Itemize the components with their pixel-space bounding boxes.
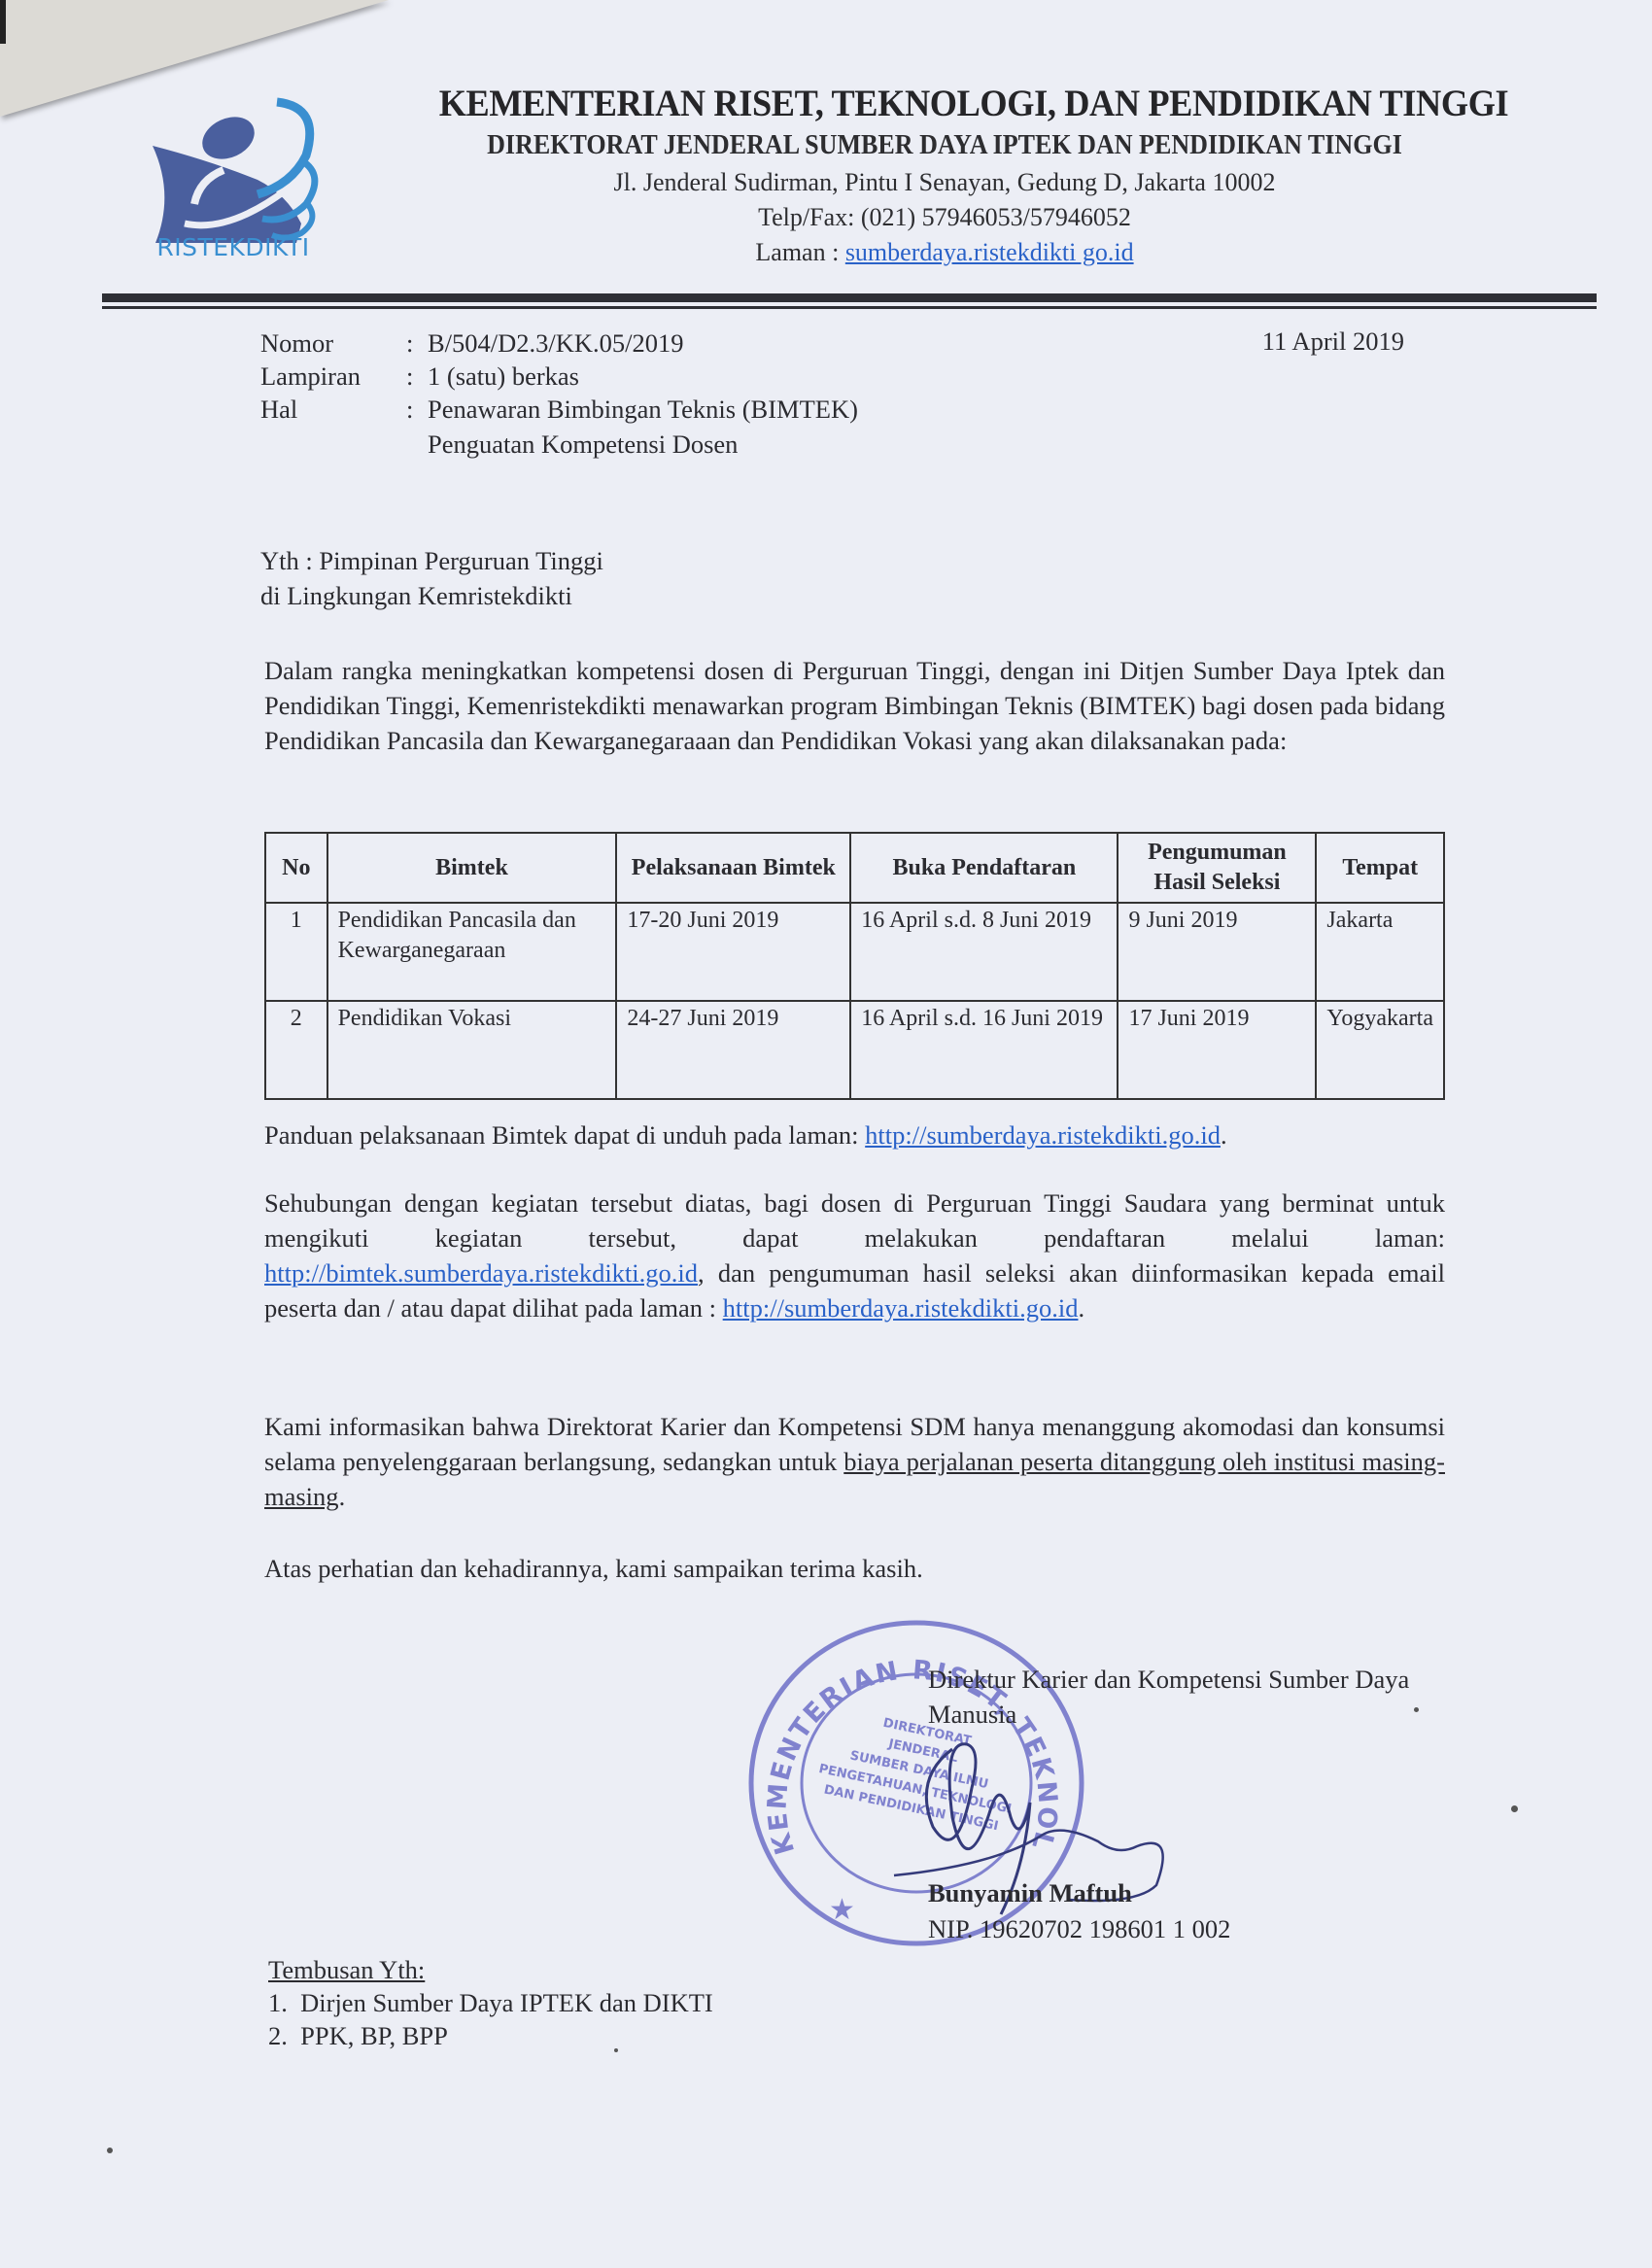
cell-pendaftaran: 16 April s.d. 16 Juni 2019 bbox=[850, 1001, 1118, 1099]
directorate-name: DIREKTORAT JENDERAL SUMBER DAYA IPTEK DA… bbox=[330, 126, 1560, 165]
nomor-label: Nomor bbox=[260, 326, 406, 360]
hal-row: Hal:Penawaran Bimbingan Teknis (BIMTEK) bbox=[260, 393, 858, 426]
registration-paragraph: Sehubungan dengan kegiatan tersebut diat… bbox=[264, 1186, 1445, 1325]
lampiran-row: Lampiran:1 (satu) berkas bbox=[260, 360, 579, 393]
cell-tempat: Yogyakarta bbox=[1316, 1001, 1444, 1099]
hal-value-line2: Penguatan Kompetensi Dosen bbox=[428, 428, 738, 461]
col-header-no: No bbox=[265, 833, 327, 903]
website-label: Laman : bbox=[755, 238, 844, 266]
carbon-copy-heading: Tembusan Yth: bbox=[268, 1953, 713, 1986]
cell-pelaksanaan: 24-27 Juni 2019 bbox=[616, 1001, 850, 1099]
lampiran-label: Lampiran bbox=[260, 360, 406, 393]
recipient-line2: di Lingkungan Kemristekdikti bbox=[260, 579, 572, 613]
table-row: 1 Pendidikan Pancasila dan Kewarganegara… bbox=[265, 903, 1444, 1001]
cell-pendaftaran: 16 April s.d. 8 Juni 2019 bbox=[850, 903, 1118, 1001]
col-header-pendaftaran: Buka Pendaftaran bbox=[850, 833, 1118, 903]
hal-label: Hal bbox=[260, 393, 406, 426]
cell-pengumuman: 17 Juni 2019 bbox=[1118, 1001, 1316, 1099]
lampiran-value: 1 (satu) berkas bbox=[428, 361, 579, 391]
registration-link[interactable]: http://bimtek.sumberdaya.ristekdikti.go.… bbox=[264, 1258, 698, 1288]
cell-pelaksanaan: 17-20 Juni 2019 bbox=[616, 903, 850, 1001]
announcement-link[interactable]: http://sumberdaya.ristekdikti.go.id bbox=[723, 1293, 1079, 1323]
nomor-row: Nomor:B/504/D2.3/KK.05/2019 bbox=[260, 326, 684, 360]
list-item: 2. PPK, BP, BPP bbox=[268, 2019, 713, 2052]
website-line: Laman : sumberdaya.ristekdikti go.id bbox=[284, 235, 1605, 270]
intro-paragraph: Dalam rangka meningkatkan kompetensi dos… bbox=[264, 653, 1445, 758]
scan-edge bbox=[0, 0, 6, 44]
phone-fax: Telp/Fax: (021) 57946053/57946052 bbox=[284, 200, 1605, 235]
letterhead-rule-thick bbox=[102, 293, 1597, 302]
letter-date: 11 April 2019 bbox=[1262, 326, 1404, 357]
panduan-link[interactable]: http://sumberdaya.ristekdikti.go.id bbox=[865, 1120, 1221, 1150]
carbon-copy-section: Tembusan Yth: 1. Dirjen Sumber Daya IPTE… bbox=[268, 1953, 713, 2052]
cell-bimtek: Pendidikan Vokasi bbox=[327, 1001, 617, 1099]
closing-sentence: Atas perhatian dan kehadirannya, kami sa… bbox=[264, 1552, 923, 1586]
cell-tempat: Jakarta bbox=[1316, 903, 1444, 1001]
cell-no: 1 bbox=[265, 903, 327, 1001]
nomor-value: B/504/D2.3/KK.05/2019 bbox=[428, 328, 684, 358]
cell-no: 2 bbox=[265, 1001, 327, 1099]
table-row: 2 Pendidikan Vokasi 24-27 Juni 2019 16 A… bbox=[265, 1001, 1444, 1099]
panduan-paragraph: Panduan pelaksanaan Bimtek dapat di undu… bbox=[264, 1117, 1445, 1152]
col-header-pelaksanaan: Pelaksanaan Bimtek bbox=[616, 833, 850, 903]
recipient-line1: Yth : Pimpinan Perguruan Tinggi bbox=[260, 544, 603, 578]
letterhead: KEMENTERIAN RISET, TEKNOLOGI, DAN PENDID… bbox=[342, 82, 1605, 270]
hal-value-line1: Penawaran Bimbingan Teknis (BIMTEK) bbox=[428, 395, 858, 424]
signatory-name: Bunyamin Maftuh bbox=[928, 1878, 1132, 1908]
letterhead-rule-thin bbox=[102, 306, 1597, 309]
list-item: 1. Dirjen Sumber Daya IPTEK dan DIKTI bbox=[268, 1986, 713, 2019]
ministry-name: KEMENTERIAN RISET, TEKNOLOGI, DAN PENDID… bbox=[387, 82, 1562, 126]
signatory-nip: NIP. 19620702 198601 1 002 bbox=[928, 1914, 1230, 1944]
col-header-bimtek: Bimtek bbox=[327, 833, 617, 903]
cell-pengumuman: 9 Juni 2019 bbox=[1118, 903, 1316, 1001]
table-header-row: No Bimtek Pelaksanaan Bimtek Buka Pendaf… bbox=[265, 833, 1444, 903]
carbon-copy-list: 1. Dirjen Sumber Daya IPTEK dan DIKTI 2.… bbox=[268, 1986, 713, 2052]
cell-bimtek: Pendidikan Pancasila dan Kewarganegaraan bbox=[327, 903, 617, 1001]
bimtek-schedule-table: No Bimtek Pelaksanaan Bimtek Buka Pendaf… bbox=[264, 832, 1445, 1100]
col-header-pengumuman: Pengumuman Hasil Seleksi bbox=[1118, 833, 1316, 903]
col-header-tempat: Tempat bbox=[1316, 833, 1444, 903]
address: Jl. Jenderal Sudirman, Pintu I Senayan, … bbox=[284, 165, 1605, 200]
svg-text:★: ★ bbox=[829, 1894, 855, 1926]
website-link[interactable]: sumberdaya.ristekdikti go.id bbox=[845, 238, 1134, 266]
funding-info-paragraph: Kami informasikan bahwa Direktorat Karie… bbox=[264, 1409, 1445, 1514]
